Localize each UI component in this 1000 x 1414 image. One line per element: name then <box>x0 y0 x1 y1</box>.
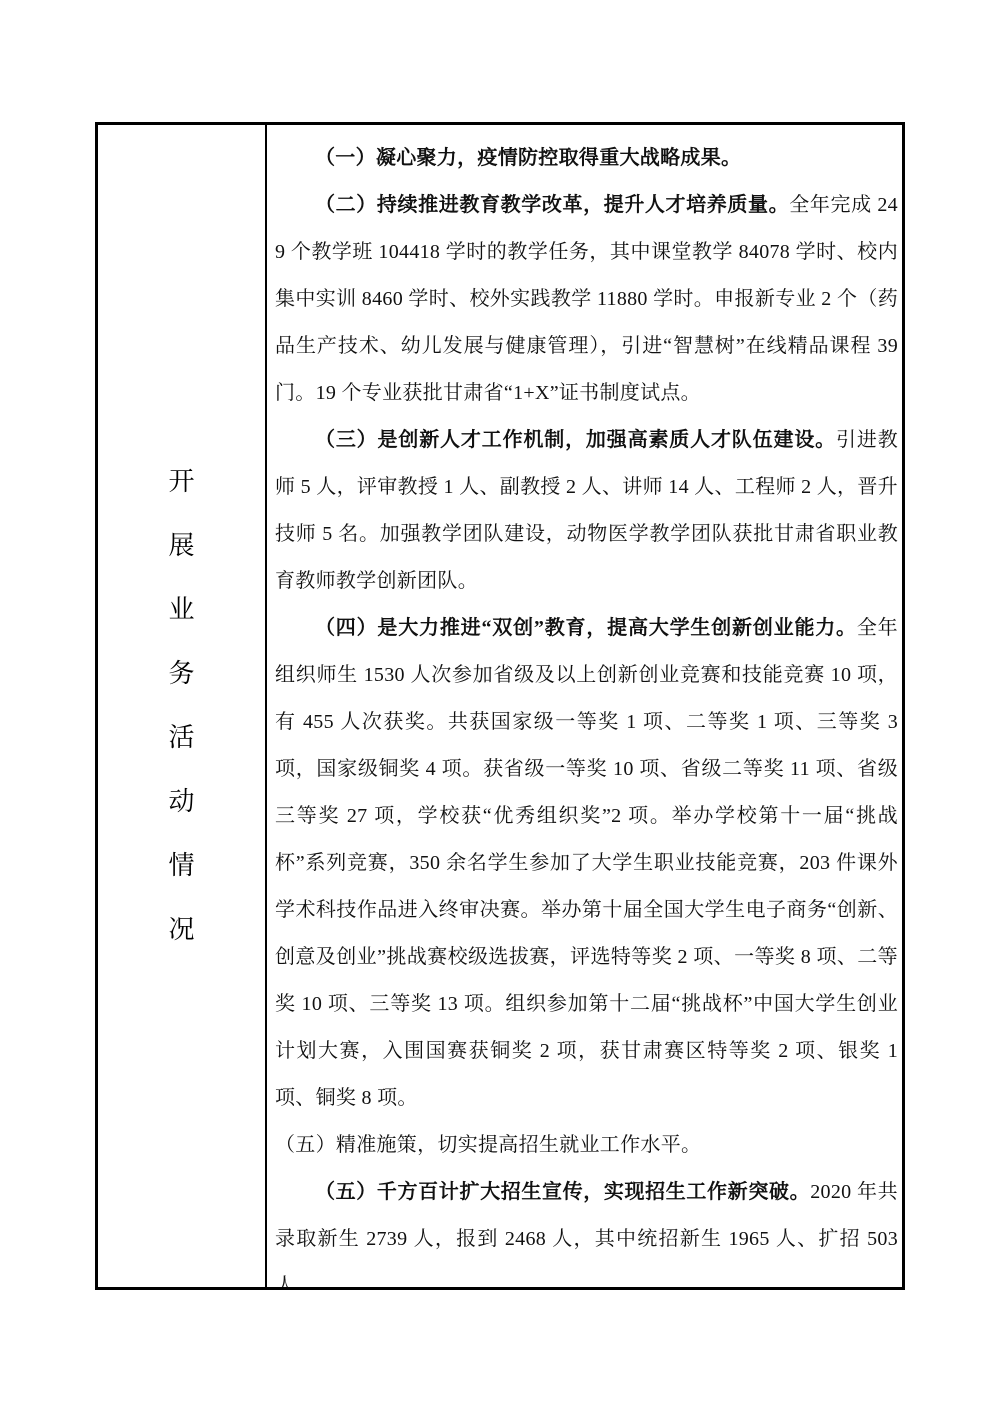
paragraph-4-body: 全年组织师生 1530 人次参加省级及以上创新创业竞赛和技能竞赛 10 项，有 … <box>275 617 898 1109</box>
paragraph-3: （三）是创新人才工作机制，加强高素质人才队伍建设。引进教师 5 人，评审教授 1… <box>275 417 898 605</box>
paragraph-2-body: 全年完成 249 个教学班 104418 学时的教学任务，其中课堂教学 8407… <box>275 194 898 404</box>
row-header-char: 动 <box>168 789 194 815</box>
paragraph-3-body: 引进教师 5 人，评审教授 1 人、副教授 2 人、讲师 14 人、工程师 2 … <box>275 429 898 592</box>
paragraph-2-heading: （二）持续推进教育教学改革，提升人才培养质量。 <box>315 194 789 216</box>
row-header-cell: 开 展 业 务 活 动 情 况 <box>98 125 267 1287</box>
paragraph-4: （四）是大力推进“双创”教育，提高大学生创新创业能力。全年组织师生 1530 人… <box>275 605 898 1122</box>
paragraph-6: （五）千方百计扩大招生宣传，实现招生工作新突破。2020 年共录取新生 2739… <box>275 1169 898 1287</box>
paragraph-5-body: （五）精准施策，切实提高招生就业工作水平。 <box>275 1134 701 1156</box>
row-header-char: 况 <box>168 917 194 943</box>
paragraph-4-heading: （四）是大力推进“双创”教育，提高大学生创新创业能力。 <box>315 617 857 639</box>
row-header-char: 展 <box>168 533 194 559</box>
paragraph-5: （五）精准施策，切实提高招生就业工作水平。 <box>275 1122 898 1169</box>
paragraph-3-heading: （三）是创新人才工作机制，加强高素质人才队伍建设。 <box>315 429 836 451</box>
row-header-char: 情 <box>168 853 194 879</box>
paragraph-1: （一）凝心聚力，疫情防控取得重大战略成果。 <box>275 135 898 182</box>
paragraph-6-heading: （五）千方百计扩大招生宣传，实现招生工作新突破。 <box>315 1181 810 1203</box>
paragraph-2: （二）持续推进教育教学改革，提升人才培养质量。全年完成 249 个教学班 104… <box>275 182 898 417</box>
row-content-cell: （一）凝心聚力，疫情防控取得重大战略成果。 （二）持续推进教育教学改革，提升人才… <box>267 125 902 1287</box>
row-header-char: 务 <box>168 661 194 687</box>
report-table: 开 展 业 务 活 动 情 况 （一）凝心聚力，疫情防控取得重大战略成果。 （二… <box>95 122 905 1290</box>
row-header-char: 开 <box>168 469 194 495</box>
row-header-char: 业 <box>168 597 194 623</box>
paragraph-1-heading: （一）凝心聚力，疫情防控取得重大战略成果。 <box>315 147 741 169</box>
row-header-char: 活 <box>168 725 194 751</box>
